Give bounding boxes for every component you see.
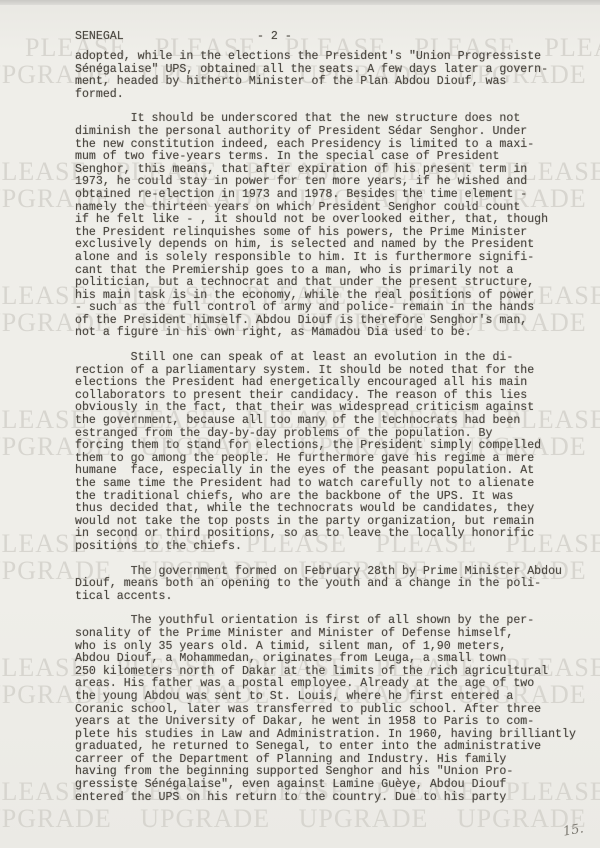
paragraph-3: Still one can speak of at least an evolu… — [75, 352, 585, 554]
document-body: adopted, while in the elections the Pres… — [75, 51, 585, 804]
paragraph-2: It should be underscored that the new st… — [75, 113, 585, 340]
page-header-row: SENEGAL - 2 - — [75, 31, 585, 44]
paragraph-4: The government formed on February 28th b… — [75, 566, 585, 604]
paragraph-1: adopted, while in the elections the Pres… — [75, 51, 585, 101]
page-number: - 2 - — [257, 31, 292, 44]
country-header: SENEGAL — [75, 30, 124, 43]
scanned-page: PLEASE PLEASE PLEASE PLEASE PLEASEUPGRAD… — [0, 0, 600, 848]
paragraph-5: The youthful orientation is first of all… — [75, 615, 585, 804]
page-content: SENEGAL - 2 - adopted, while in the elec… — [75, 31, 585, 816]
